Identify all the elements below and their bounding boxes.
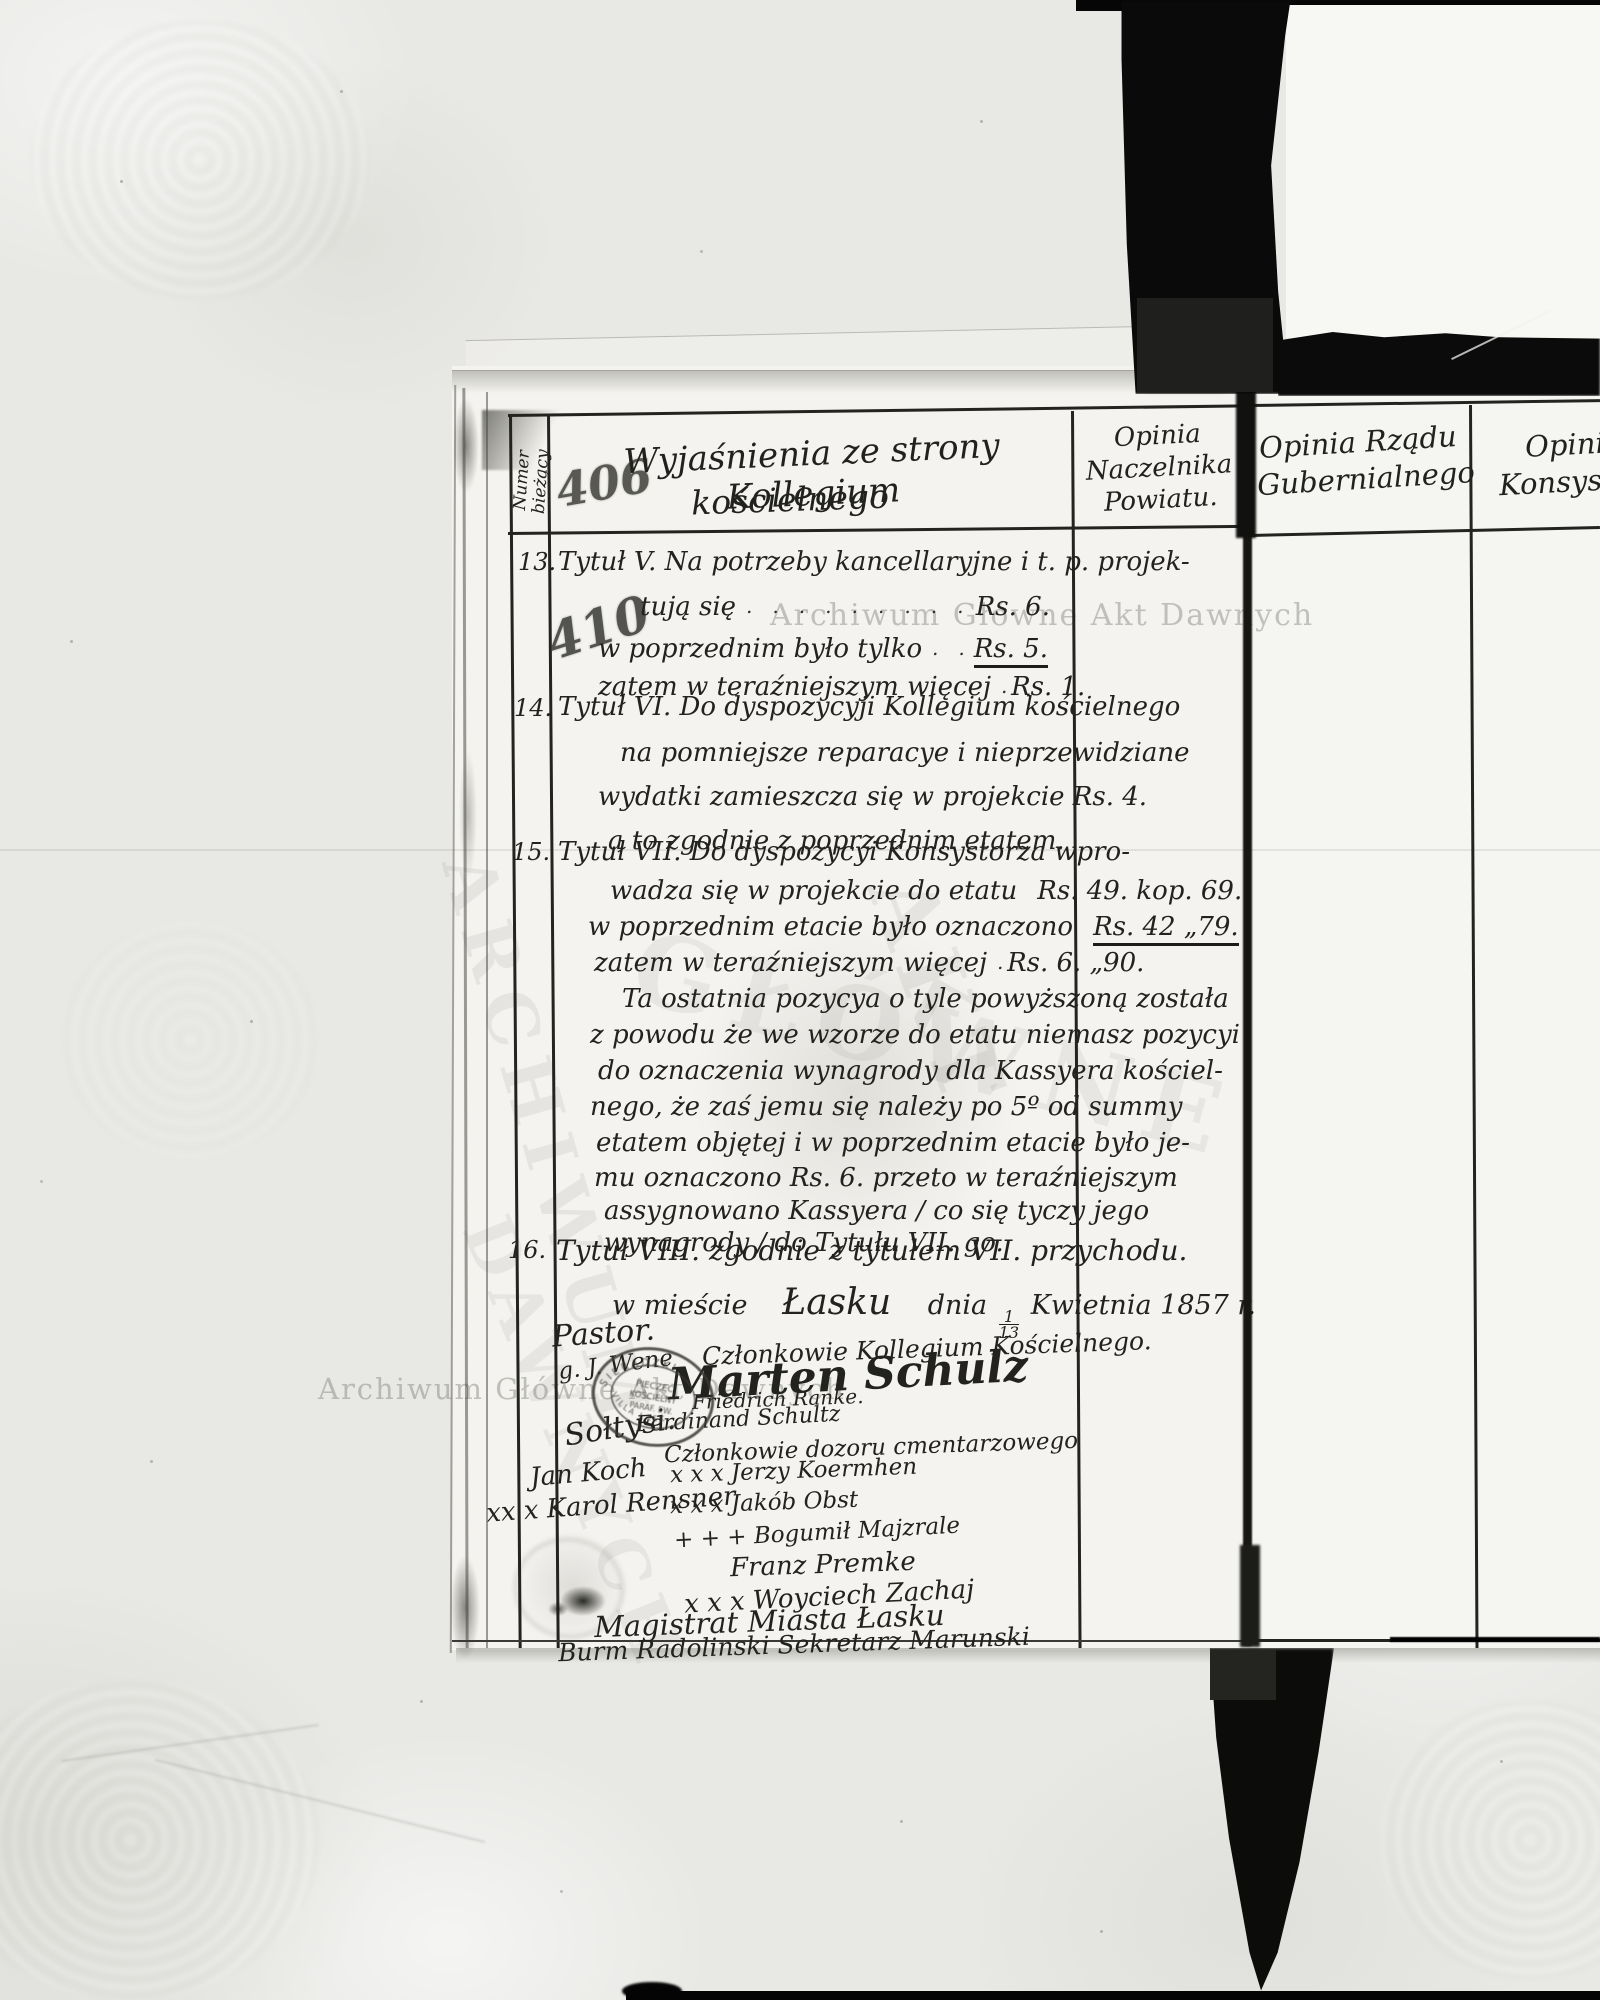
date-dnia: dnia (928, 1290, 987, 1321)
entry-line: etatem objętej i w poprzednim etacie był… (596, 1128, 1062, 1158)
right-page-paper (1250, 386, 1600, 1648)
left-page-top-edge-shadow (452, 370, 1246, 393)
entry-line: wadza się w projekcie do etatuRs. 49. ko… (610, 876, 1060, 906)
film-black-blob-gray (1137, 298, 1273, 392)
page-gutter-shadow (1243, 388, 1252, 1646)
header-opinia-rzadu: Opinia Rządu Gubernialnego (1254, 418, 1464, 504)
paper-texture (30, 20, 370, 300)
film-bottom-band (626, 1991, 1600, 2000)
entry-line: wydatki zamieszcza się w projekcie Rs. 4… (598, 782, 1076, 812)
edge-smudge (450, 1555, 480, 1660)
film-black-band (1278, 330, 1600, 396)
entry-line: Tytuł VIII. zgodnie z tytułem VII. przyc… (556, 1234, 1042, 1267)
header-opinia-naczelnika: Opinia Naczelnika Powiatu. (1074, 416, 1245, 521)
date-line: w mieście Łasku dnia 113 Kwietnia 1857 r… (612, 1282, 1256, 1332)
entry-line: z powodu że we wzorze do etatu niemasz p… (590, 1020, 1064, 1050)
film-bottom-blob (622, 1982, 682, 2000)
entry-line: tują się. . . . . . . . . . . . . . . . … (640, 592, 1050, 622)
header-opinia-konsystorza: Opinia Konsysto (1496, 418, 1600, 504)
entry-line: nego, że zaś jemu się należy po 5º od su… (590, 1092, 1062, 1122)
ink-blot (560, 1586, 606, 1616)
entry-number: 15. (512, 838, 550, 866)
header-numer-biezacy: Numer bieżący (510, 430, 555, 532)
page-gutter-shadow (1236, 386, 1256, 538)
entry-line: Ta ostatnia pozycya o tyle powyższoną zo… (622, 984, 1058, 1014)
film-black-wedge-gray (1210, 1650, 1276, 1700)
entry-number: 14. (514, 694, 552, 722)
entry-line: zatem w teraźniejszym więcej. . . . . . … (594, 948, 1056, 978)
paper-texture (1380, 1700, 1600, 1980)
entry-line: w poprzednim było tylko. . . . . . . . .… (598, 634, 1048, 668)
entry-line: na pomniejsze reparacye i nieprzewidzian… (620, 738, 1085, 768)
dust-specks (0, 0, 3, 3)
paper-texture (0, 1680, 320, 2000)
paper-texture (60, 920, 320, 1160)
entry-line: Tytuł V. Na potrzeby kancellaryjne i t. … (558, 547, 1063, 577)
entry-line: w poprzednim etacie było oznaczonoRs. 42… (588, 912, 1056, 946)
parish-seal-stamp: SIERADZKI VILLA ŁASK PIECZĘĆ KOŚCIELNY P… (580, 1334, 726, 1461)
entry-number: 13. (518, 548, 556, 576)
edge-smudge (459, 750, 477, 880)
fraction-numerator: 1 (1004, 1309, 1014, 1324)
entry-line: mu oznaczono Rs. 6. przeto w teraźniejsz… (594, 1163, 1046, 1193)
page-gutter-shadow (1240, 1545, 1260, 1647)
adjacent-white-sheet (1286, 0, 1600, 338)
film-edge-strip (1076, 0, 1124, 11)
sheet-edge-line (486, 392, 488, 1648)
scanned-archive-document: Archiwum Główne Akt Dawnych Archiwum Głó… (0, 0, 1600, 2000)
entry-number: 16. (508, 1236, 546, 1264)
date-place: Łasku (782, 1282, 891, 1323)
bottom-edge-dark-segment (1390, 1637, 1600, 1642)
entry-line: do oznaczenia wynagrody dla Kassyera koś… (598, 1056, 1066, 1086)
entry-line: Tytuł VI. Do dyspozycyji Kollegium kości… (558, 692, 1070, 722)
entry-line: Tytuł VII. Do dyspozycyi Konsystorza wpr… (558, 837, 1066, 867)
date-suffix: Kwietnia 1857 r. (1031, 1290, 1256, 1321)
entry-line: assygnowano Kassyera / co się tyczy jego (604, 1196, 1028, 1226)
edge-smudge (453, 398, 479, 493)
